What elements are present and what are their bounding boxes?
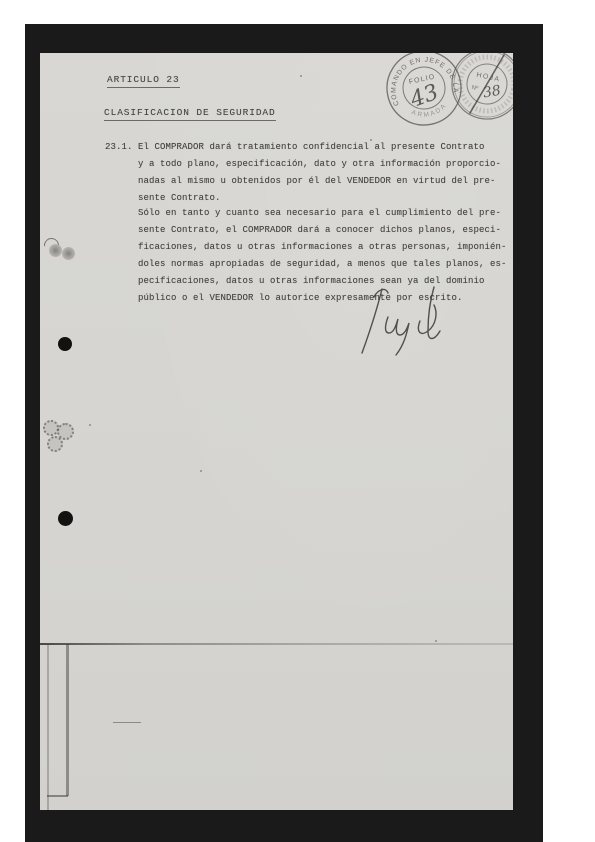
hole-punch-mark — [58, 511, 73, 526]
noise-speck — [370, 139, 372, 141]
handwritten-signature — [338, 283, 458, 358]
scan-artifact-dash — [113, 722, 141, 723]
paragraph2-line: Sólo en tanto y cuanto sea necesario par… — [138, 208, 501, 218]
hoja-number-label: Nº — [471, 84, 480, 92]
paragraph2-line: doles normas apropiadas de seguridad, a … — [138, 259, 507, 269]
paragraph1-line: El COMPRADOR dará tratamiento confidenci… — [138, 142, 485, 152]
section-heading: CLASIFICACION DE SEGURIDAD — [104, 107, 276, 121]
gray-smudge-mark — [62, 247, 75, 260]
paragraph1-line: nadas al mismo u obtenidos por él del VE… — [138, 176, 496, 186]
scan-artifact-vertical-line — [47, 644, 49, 810]
scan-artifact-tick — [47, 795, 68, 797]
paragraph1-line: y a todo plano, especificación, dato y o… — [138, 159, 501, 169]
noise-speck — [300, 75, 302, 77]
photo-black-background: ARTICULO 23 CLASIFICACION DE SEGURIDAD 2… — [25, 24, 543, 842]
paragraph1-line: sente Contrato. — [138, 193, 221, 203]
scanned-contract-page: { "document": { "article_heading": "ARTI… — [0, 0, 595, 842]
document-page: ARTICULO 23 CLASIFICACION DE SEGURIDAD 2… — [40, 53, 513, 810]
stamp-outer-ring — [445, 53, 513, 126]
scan-artifact-vertical-line — [66, 644, 69, 796]
scan-artifact-horizontal-line — [40, 643, 513, 645]
noise-speck — [435, 640, 437, 642]
hole-punch-mark — [58, 337, 72, 351]
noise-speck — [200, 470, 202, 472]
paragraph2-line: sente Contrato, el COMPRADOR dará a cono… — [138, 225, 501, 235]
hoja-handwritten-number: 38 — [482, 83, 502, 102]
hoja-stamp: HOJA Nº 38 — [442, 53, 513, 134]
stamp-outer-ring-2 — [448, 53, 513, 123]
clause-number: 23.1. — [105, 142, 133, 152]
article-heading: ARTICULO 23 — [107, 74, 180, 88]
ring-smudge-mark — [47, 436, 63, 452]
paragraph2-line: ficaciones, datos u otras informaciones … — [138, 242, 507, 252]
noise-speck — [89, 424, 91, 426]
gray-smudge-mark — [49, 244, 62, 257]
